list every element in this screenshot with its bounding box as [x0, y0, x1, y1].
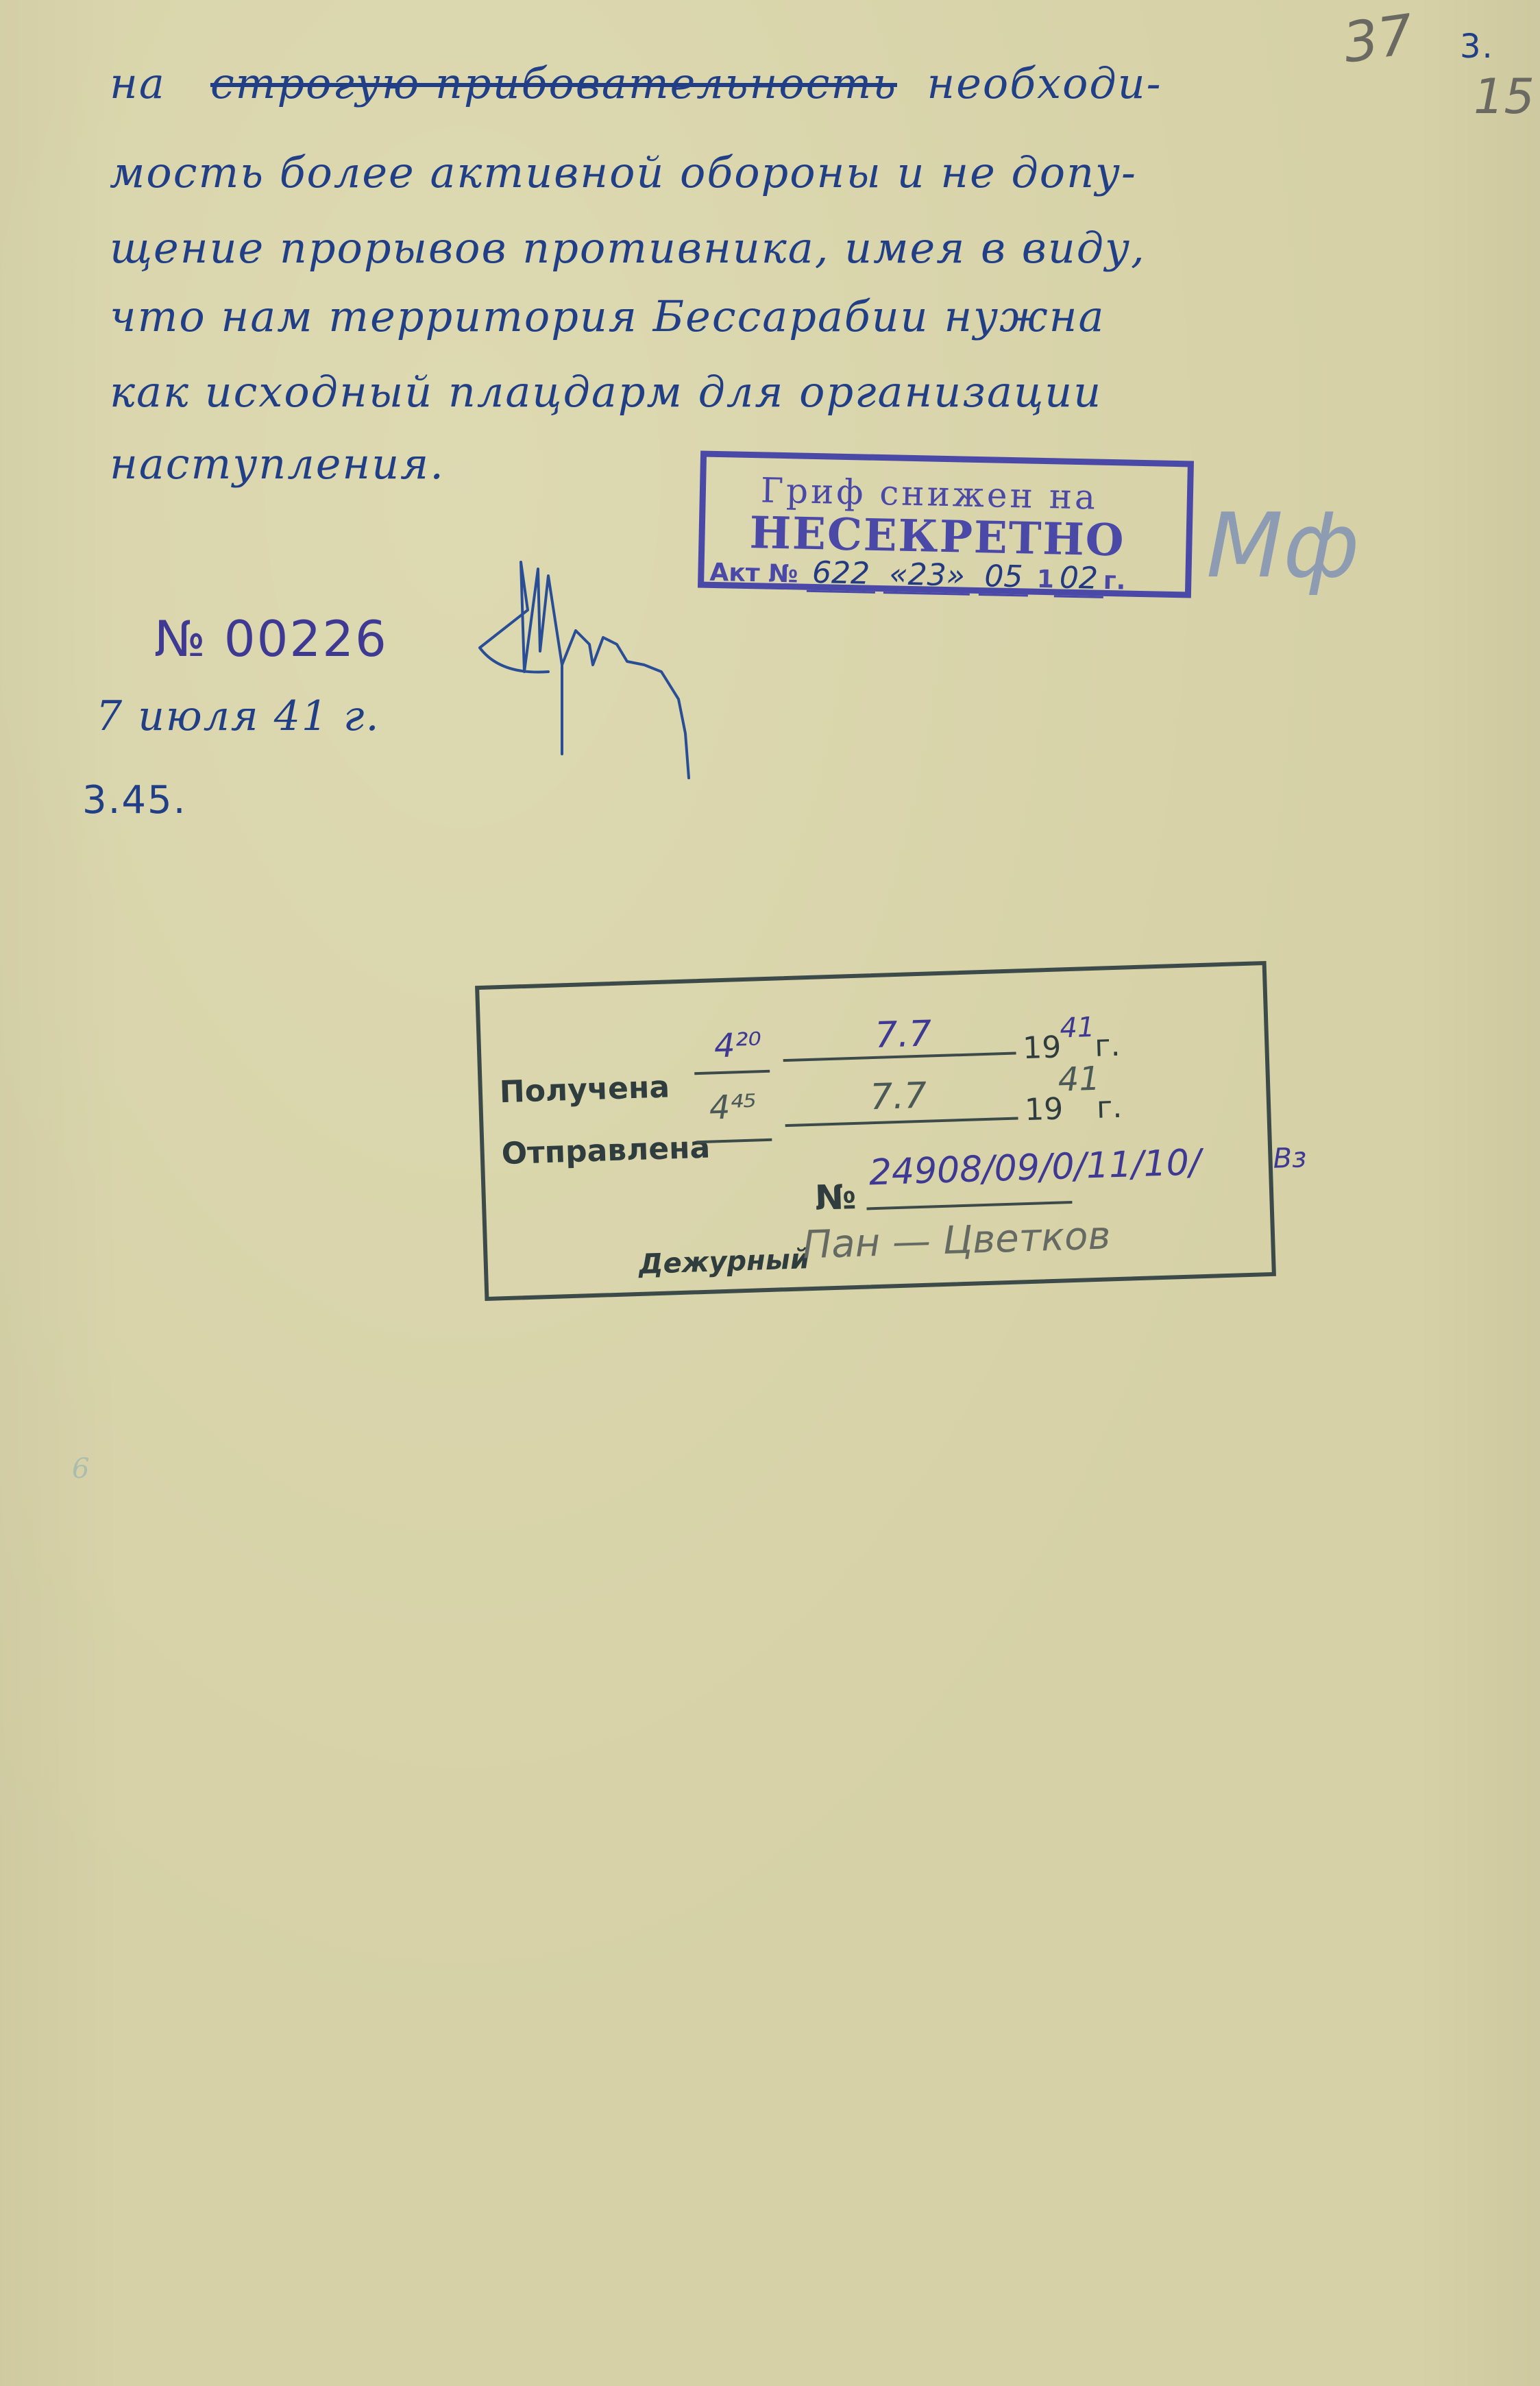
body-line-1-prefix: на	[110, 58, 166, 108]
received-hour-line	[694, 1070, 770, 1075]
registry-stamp: Получена 4²⁰ 7.7 19 41 г. Отправлена 4⁴⁵…	[475, 961, 1276, 1301]
received-hour: 4²⁰	[713, 1025, 762, 1065]
received-label: Получена	[499, 1069, 670, 1110]
trailing-mark: Вз	[1273, 1142, 1307, 1175]
signature-icon	[473, 507, 761, 795]
body-line-3: щение прорывов противника, имея в виду,	[110, 223, 1146, 273]
declassification-stamp: Гриф снижен на НЕСЕКРЕТНО Акт № 622 «23»…	[698, 450, 1194, 598]
received-year-prefix: 19	[1023, 1030, 1062, 1066]
act-year-suffix: г.	[1103, 567, 1125, 596]
duty-signature: Пан — Цветков	[802, 1213, 1111, 1267]
received-date: 7.7	[875, 1013, 933, 1056]
act-year-prefix: 1	[1036, 565, 1054, 594]
body-line-5: как исходный плацдарм для организации	[110, 367, 1102, 417]
document-number: № 00226	[154, 610, 388, 668]
registry-number: 24908/09/0/11/10/	[868, 1142, 1201, 1193]
body-line-2: мость более активной обороны и не допу-	[110, 147, 1137, 197]
sent-year-suffix: г.	[1096, 1090, 1123, 1125]
sent-year-prefix: 19	[1024, 1091, 1064, 1128]
received-year: 41	[1060, 1012, 1095, 1045]
received-year-suffix: г.	[1094, 1028, 1121, 1064]
act-day: «23»	[883, 557, 970, 596]
duty-label: Дежурный	[638, 1243, 809, 1280]
folio-pencil-number: 37	[1339, 2, 1417, 75]
sent-label: Отправлена	[501, 1130, 711, 1172]
folio-ink-number: 3.	[1460, 27, 1494, 66]
body-line-6: наступления.	[110, 439, 445, 489]
initials-mark: Мф	[1206, 494, 1359, 598]
sent-date-line	[785, 1117, 1018, 1127]
sent-year: 41	[1058, 1060, 1101, 1099]
sent-date: 7.7	[870, 1075, 928, 1119]
registry-number-line	[866, 1201, 1072, 1210]
faint-mark: 6	[72, 1453, 90, 1485]
document-page: 37 3. 15 на строгую прибовательность нео…	[0, 0, 1540, 2386]
body-line-1: на строгую прибовательность необходи-	[110, 58, 1162, 108]
body-line-4: что нам территория Бессарабии нужна	[110, 291, 1105, 341]
folio-pencil-sub-number: 15	[1474, 69, 1535, 125]
act-number: 622	[806, 555, 875, 594]
struck-text: строгую прибовательность	[210, 58, 897, 108]
document-time: 3.45.	[82, 778, 187, 823]
act-month: 05	[979, 559, 1029, 596]
number-label: №	[814, 1177, 857, 1218]
document-date: 7 июля 41 г.	[96, 692, 380, 740]
body-line-1-suffix: необходи-	[927, 58, 1162, 108]
sent-hour: 4⁴⁵	[709, 1087, 757, 1127]
act-year: 02	[1053, 560, 1103, 598]
